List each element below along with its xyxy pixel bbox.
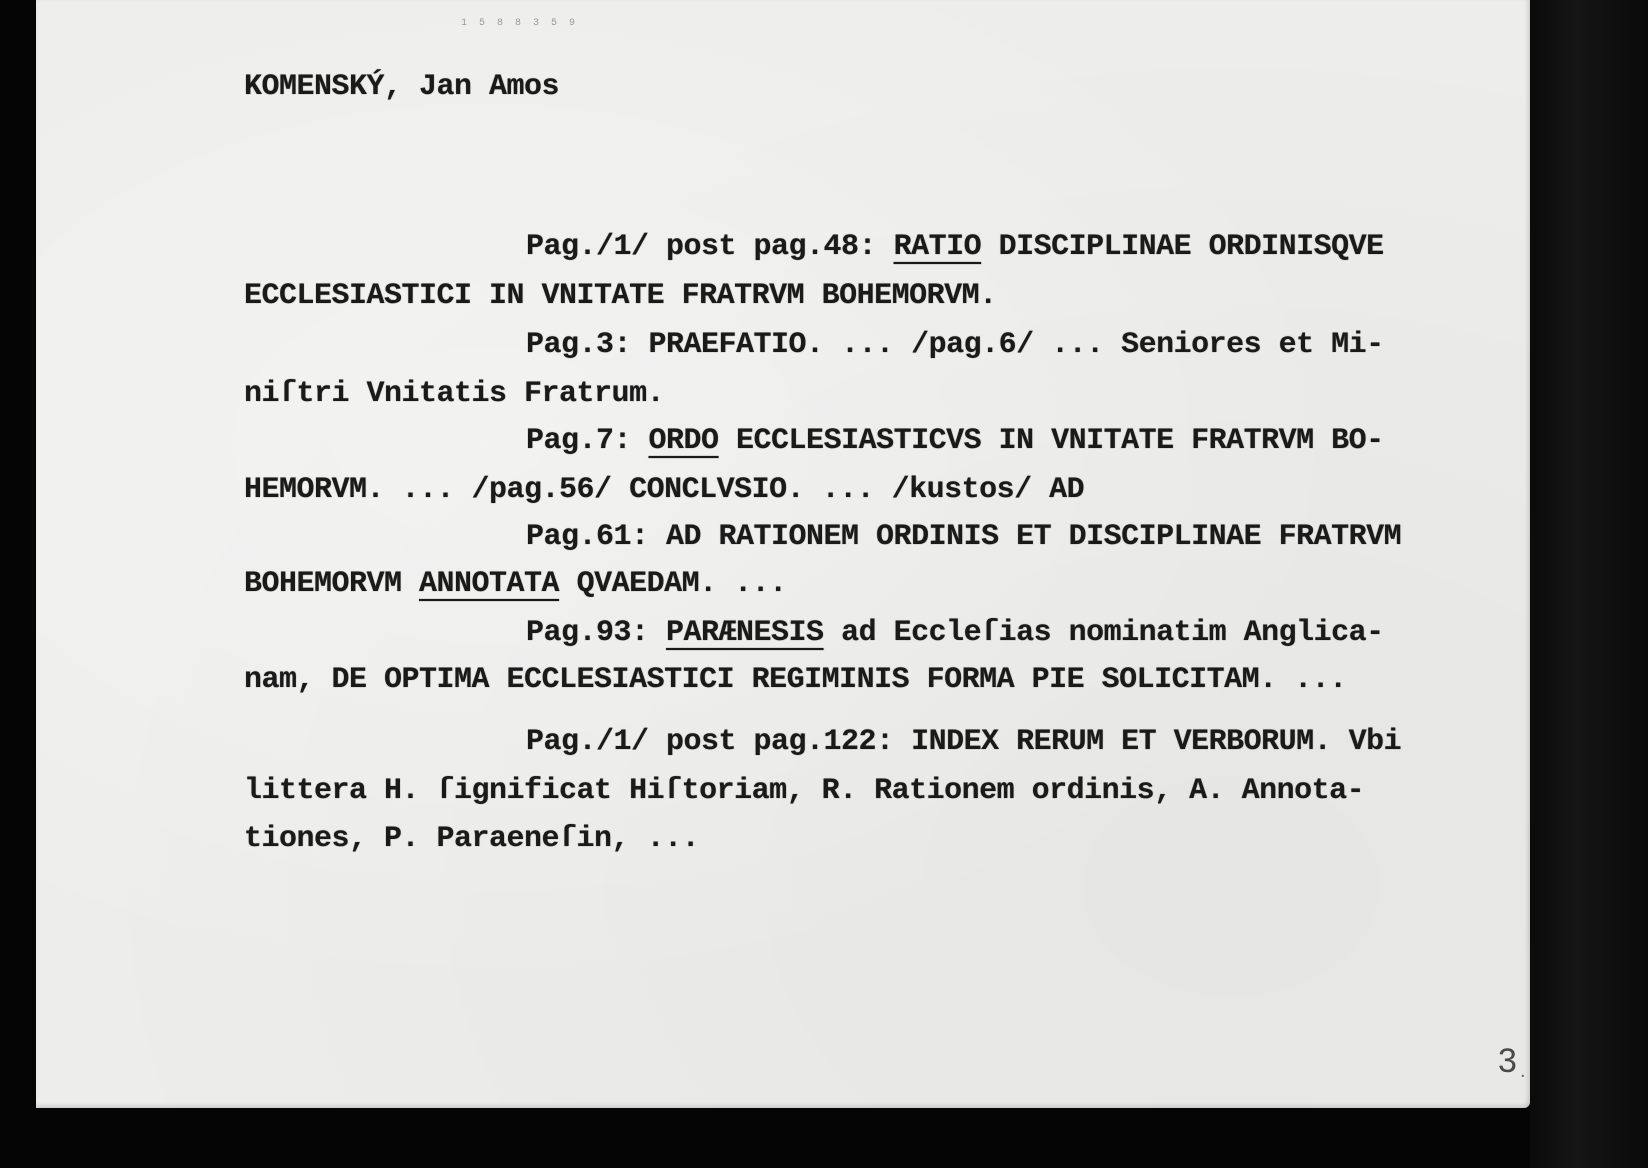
entry-text: BOHEMORVM <box>244 567 419 601</box>
entry-3-line-2: HEMORVM. ... /pag.56/ CONCLVSIO. ... /ku… <box>244 473 1084 507</box>
scanned-page: 1 5 8 8 3 5 9 KOMENSKÝ, Jan Amos Pag./1/… <box>0 0 1648 1168</box>
underlined-title: ORDO <box>649 424 719 458</box>
entry-text: ad Eccleſias nominatim Anglica- <box>824 616 1384 650</box>
card-heading: KOMENSKÝ, Jan Amos <box>244 70 559 104</box>
entry-text: Pag.7: <box>526 424 649 458</box>
entry-text: Pag.93: <box>526 616 666 650</box>
entry-text: ECCLESIASTICVS IN VNITATE FRATRVM BO- <box>719 424 1384 458</box>
faint-stamp: 1 5 8 8 3 5 9 <box>461 18 578 29</box>
catalog-card: 1 5 8 8 3 5 9 KOMENSKÝ, Jan Amos Pag./1/… <box>36 0 1530 1108</box>
entry-4-line-2: BOHEMORVM ANNOTATA QVAEDAM. ... <box>244 567 787 601</box>
entry-1-line-2: ECCLESIASTICI IN VNITATE FRATRVM BOHEMOR… <box>244 279 997 313</box>
entry-4-line-1: Pag.61: AD RATIONEM ORDINIS ET DISCIPLIN… <box>526 520 1401 554</box>
underlined-title: ANNOTATA <box>419 567 559 601</box>
scan-border-right <box>1530 0 1648 1168</box>
entry-2-line-2: niſtri Vnitatis Fratrum. <box>244 377 664 411</box>
card-number-dot: . <box>1520 1060 1526 1083</box>
underlined-title: RATIO <box>894 230 982 264</box>
entry-3-line-1: Pag.7: ORDO ECCLESIASTICVS IN VNITATE FR… <box>526 424 1384 458</box>
entry-text: Pag./1/ post pag.122: INDEX RERUM ET VER… <box>526 725 1401 759</box>
entry-6-line-2: littera H. ſignificat Hiſtoriam, R. Rati… <box>244 774 1364 808</box>
entry-text: Pag.61: AD RATIONEM ORDINIS ET DISCIPLIN… <box>526 520 1401 554</box>
entry-5-line-2: nam, DE OPTIMA ECCLESIASTICI REGIMINIS F… <box>244 663 1347 697</box>
underlined-title: PARÆNESIS <box>666 616 824 650</box>
entry-text: QVAEDAM. ... <box>559 567 787 601</box>
entry-text: Pag.3: PRAEFATIO. ... /pag.6/ ... Senior… <box>526 328 1384 362</box>
entry-2-line-1: Pag.3: PRAEFATIO. ... /pag.6/ ... Senior… <box>526 328 1384 362</box>
entry-5-line-1: Pag.93: PARÆNESIS ad Eccleſias nominatim… <box>526 616 1384 650</box>
entry-6-line-1: Pag./1/ post pag.122: INDEX RERUM ET VER… <box>526 725 1401 759</box>
entry-text: Pag./1/ post pag.48: <box>526 230 894 264</box>
entry-text: DISCIPLINAE ORDINISQVE <box>981 230 1384 264</box>
entry-1-line-1: Pag./1/ post pag.48: RATIO DISCIPLINAE O… <box>526 230 1384 264</box>
entry-6-line-3: tiones, P. Paraeneſin, ... <box>244 822 699 856</box>
card-number: 3 <box>1498 1042 1517 1081</box>
